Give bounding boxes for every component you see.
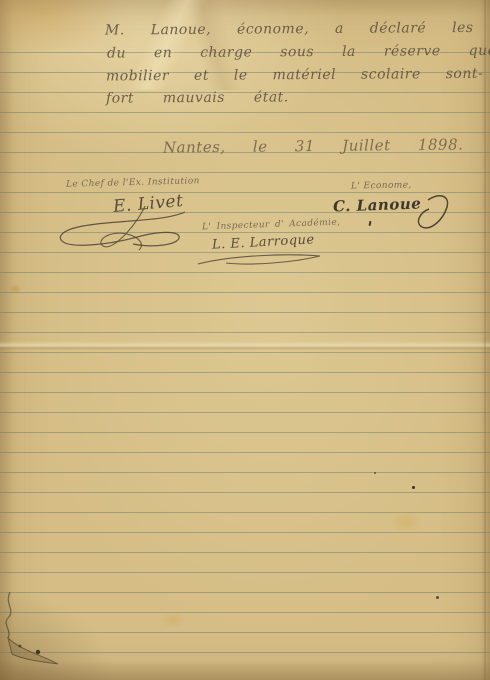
ink-speck [374,472,376,474]
handwritten-line-1: M. Lanoue, économe, a déclaré les pren- [105,19,490,38]
torn-corner-mark [0,590,120,680]
horizontal-fold-crease [0,341,490,350]
signature-econome-name: C. Lanoue [333,194,422,215]
signature-inspecteur-title: L' Inspecteur d' Académie, [202,218,341,233]
ink-speck [412,486,415,489]
handwritten-line-4: fort mauvais état. [106,89,289,106]
lanoue-signature-comma [369,221,372,226]
dateline: Nantes, le 31 Juillet 1898. [163,135,464,156]
ink-speck [436,596,439,599]
handwritten-line-2: du en charge sous la réserve que le [107,42,490,61]
signature-inspecteur-name: L. E. Larroque [212,232,315,252]
manuscript-page: M. Lanoue, économe, a déclaré les pren- … [0,0,490,680]
handwritten-line-3: mobilier et le matériel scolaire sont- e… [106,66,490,85]
larroque-signature-underline-icon [196,251,324,267]
signature-chef-title: Le Chef de l'Ex. Institution [66,176,200,189]
signature-econome-title: L' Econome, [351,180,412,191]
right-edge-crease [484,0,486,680]
signature-chef-name: E. Livet [112,191,184,217]
